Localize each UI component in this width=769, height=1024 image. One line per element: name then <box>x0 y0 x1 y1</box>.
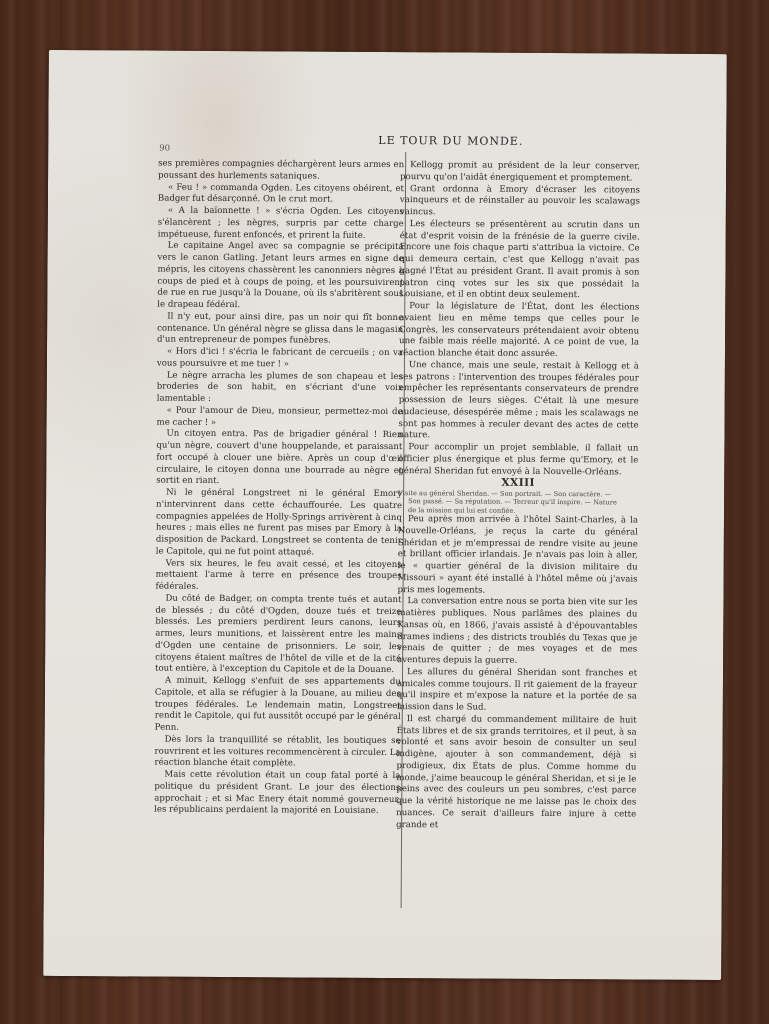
paragraph: Du côté de Badger, on compta trente tués… <box>155 593 401 677</box>
paragraph: ses premières compagnies déchargèrent le… <box>158 159 404 184</box>
paragraph: Ni le général Longstreet ni le général E… <box>156 488 402 560</box>
running-head: LE TOUR DU MONDE. <box>378 134 523 148</box>
paragraph: Le capitaine Angel avec sa compagnie se … <box>157 241 403 313</box>
paragraph: A minuit, Kellogg s'enfuit de ses appart… <box>155 676 401 736</box>
paragraph: Un citoyen entra. Pas de brigadier génér… <box>156 429 402 489</box>
paragraph: Pour accomplir un projet semblable, il f… <box>398 442 638 479</box>
paragraph: « A la baïonnette ! » s'écria Ogden. Les… <box>158 206 404 243</box>
printed-page: 90 LE TOUR DU MONDE. ses premières compa… <box>43 50 727 980</box>
page-number: 90 <box>159 144 170 154</box>
paragraph: Le nègre arracha les plumes de son chape… <box>157 370 403 407</box>
right-column: Kellogg promit au président de la leur c… <box>396 160 640 833</box>
paragraph: « Hors d'ici ! s'écria le fabricant de c… <box>157 347 403 372</box>
paragraph: Peu après mon arrivée à l'hôtel Saint-Ch… <box>398 514 638 598</box>
paragraph: Grant ordonna à Emory d'écraser les cito… <box>400 184 640 221</box>
paragraph: Les allures du général Sheridan sont fra… <box>397 667 637 715</box>
paragraph: Il n'y eut, pour ainsi dire, pas un noir… <box>157 311 403 348</box>
chapter-summary: Visite au général Sheridan. — Son portra… <box>398 489 638 516</box>
paragraph: La conversation entre nous se porta bien… <box>397 597 637 669</box>
paragraph: Les électeurs se présentèrent au scrutin… <box>399 219 639 303</box>
left-column: ses premières compagnies déchargèrent le… <box>154 159 404 818</box>
paragraph: Une chance, mais une seule, restait à Ke… <box>398 360 638 444</box>
paragraph: « Feu ! » commanda Ogden. Les citoyens o… <box>158 182 404 207</box>
paragraph: Dès lors la tranquillité se rétablit, le… <box>154 734 400 771</box>
paragraph: Il est chargé du commandement militaire … <box>396 714 637 833</box>
paragraph: Mais cette révolution était un coup fata… <box>154 770 400 819</box>
paragraph: Kellogg promit au président de la leur c… <box>400 160 640 185</box>
paragraph: Vers six heures, le feu avait cessé, et … <box>156 558 402 595</box>
paragraph: « Pour l'amour de Dieu, monsieur, permet… <box>157 405 403 430</box>
paragraph: Pour la législature de l'État, dont les … <box>399 301 639 361</box>
